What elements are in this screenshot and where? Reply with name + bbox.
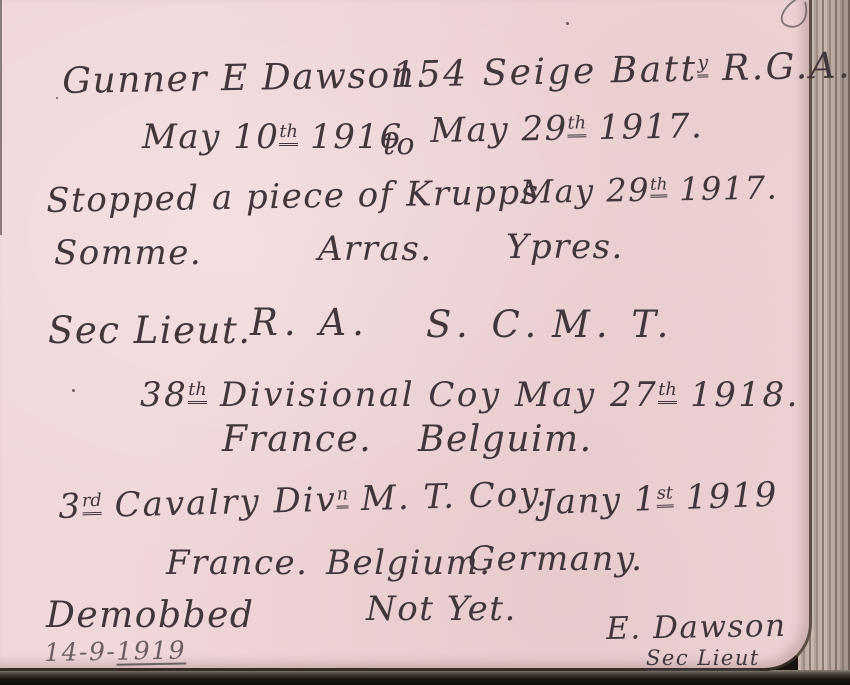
signature-rank: Sec Lieut: [646, 648, 760, 669]
line-rank: Sec Lieut.: [48, 312, 252, 349]
line-divisional-company: 38th Divisional Coy May 27th 1918.: [140, 378, 800, 412]
signature-name: E. Dawson: [606, 611, 787, 645]
line-battle-ypres: Ypres.: [506, 230, 624, 264]
line-corps-ra: R. A.: [250, 304, 370, 341]
ink-flourish: [748, 0, 828, 40]
line-demobbed-value: Not Yet.: [366, 592, 517, 626]
line-service-date-to-word: to: [383, 130, 416, 160]
line-battery-unit: 154 Seige Batty R.G.A.: [392, 48, 850, 94]
line-country-germany: Germany.: [468, 542, 643, 576]
line-demobbed-label: Demobbed: [46, 598, 254, 634]
line-country-belgium-2: Belgium.: [326, 546, 492, 580]
album-bottom-edge: [0, 670, 850, 685]
ink-speck: [566, 22, 569, 25]
line-country-france-1: France.: [222, 422, 372, 458]
ink-speck: [72, 389, 75, 392]
line-battle-arras: Arras.: [318, 232, 433, 266]
ink-speck: [56, 97, 58, 99]
page-gutter-shadow: [0, 0, 2, 235]
album-page: Gunner E Dawson. 154 Seige Batty R.G.A. …: [0, 0, 812, 671]
line-corps-sc: S. C.: [426, 306, 542, 343]
line-gunner-name: Gunner E Dawson.: [62, 58, 428, 100]
line-battle-somme: Somme.: [54, 236, 202, 270]
album-photo-scene: Gunner E Dawson. 154 Seige Batty R.G.A. …: [0, 0, 850, 685]
line-service-date-from: May 10th 1916: [142, 120, 403, 154]
line-cavalry-division: 3rd Cavalry Divn M. T. Coy.: [58, 477, 549, 524]
line-corps-mt: M. T.: [552, 306, 674, 343]
line-service-date-until: May 29th 1917.: [430, 109, 704, 148]
line-cavalry-date: Jany 1st 1919: [540, 478, 779, 520]
line-krupps-date: May 29th 1917.: [520, 171, 779, 207]
line-country-france-2: France.: [166, 546, 308, 580]
line-krupps-note: Stopped a piece of Krupps: [46, 175, 540, 218]
line-country-belguim: Belguim.: [418, 422, 593, 458]
line-demob-date: 14-9-1919: [44, 638, 186, 665]
